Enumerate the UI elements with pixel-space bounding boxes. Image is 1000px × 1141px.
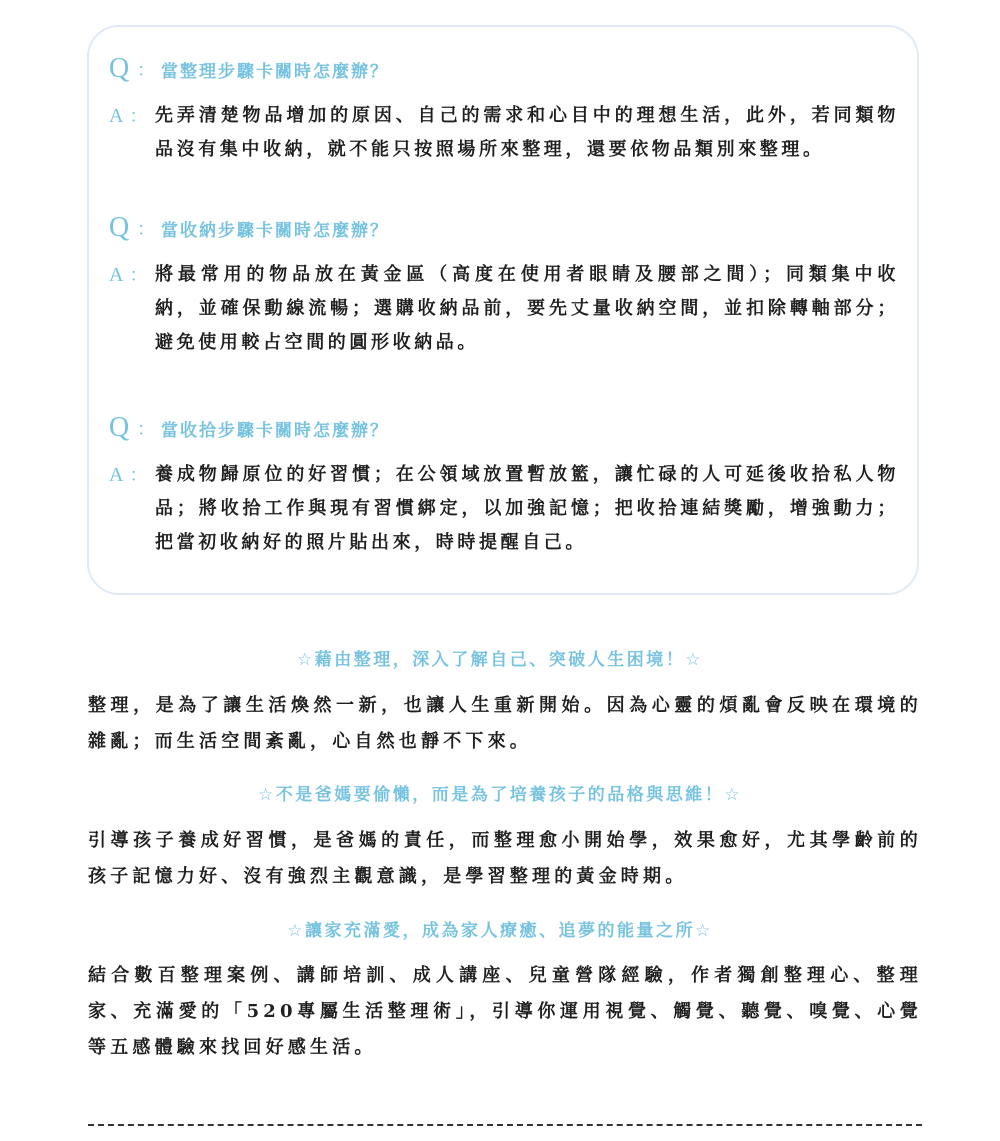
section-heading: ☆讓家充滿愛，成為家人療癒、追夢的能量之所☆: [0, 916, 1000, 941]
question-text: 當收拾步驟卡關時怎麼辦？: [161, 416, 389, 441]
question-colon: ：: [137, 415, 155, 441]
faq-item: Q ： 當收納步驟卡關時怎麼辦？ A ： 將最常用的物品放在黃金區（高度在使用者…: [109, 210, 899, 360]
faq-box: Q ： 當整理步驟卡關時怎麼辦？ A ： 先弄清楚物品增加的原因、自己的需求和心…: [87, 25, 919, 595]
answer-block: A ： 養成物歸原位的好習慣；在公領域放置暫放籃，讓忙碌的人可延後收拾私人物品；…: [109, 458, 899, 560]
answer-label: A ：: [109, 458, 155, 560]
section-heading: ☆藉由整理，深入了解自己、突破人生困境！☆: [0, 645, 1000, 670]
question-colon: ：: [137, 56, 155, 82]
answer-marker: A: [109, 99, 123, 133]
answer-text: 將最常用的物品放在黃金區（高度在使用者眼睛及腰部之間）；同類集中收納，並確保動線…: [155, 258, 899, 360]
section-heading: ☆不是爸媽要偷懶，而是為了培養孩子的品格與思維！☆: [0, 780, 1000, 805]
answer-text: 養成物歸原位的好習慣；在公領域放置暫放籃，讓忙碌的人可延後收拾私人物品；將收拾工…: [155, 458, 899, 560]
answer-marker: A: [109, 458, 123, 492]
question-line: Q ： 當收納步驟卡關時怎麼辦？: [109, 210, 899, 246]
question-text: 當整理步驟卡關時怎麼辦？: [161, 57, 389, 82]
question-line: Q ： 當收拾步驟卡關時怎麼辦？: [109, 410, 899, 446]
answer-marker: A: [109, 258, 123, 292]
answer-colon: ：: [129, 258, 147, 292]
answer-colon: ：: [129, 99, 147, 133]
answer-label: A ：: [109, 99, 155, 167]
answer-block: A ： 將最常用的物品放在黃金區（高度在使用者眼睛及腰部之間）；同類集中收納，並…: [109, 258, 899, 360]
section-paragraph: 引導孩子養成好習慣，是爸媽的責任，而整理愈小開始學，效果愈好，尤其學齡前的孩子記…: [88, 823, 922, 895]
dashed-divider: [88, 1124, 922, 1126]
section-paragraph: 結合數百整理案例、講師培訓、成人講座、兒童營隊經驗，作者獨創整理心、整理家、充滿…: [88, 958, 922, 1066]
answer-label: A ：: [109, 258, 155, 360]
answer-block: A ： 先弄清楚物品增加的原因、自己的需求和心目中的理想生活，此外，若同類物品沒…: [109, 99, 899, 167]
question-text: 當收納步驟卡關時怎麼辦？: [161, 216, 389, 241]
question-marker: Q: [109, 414, 133, 442]
question-marker: Q: [109, 214, 133, 242]
answer-text: 先弄清楚物品增加的原因、自己的需求和心目中的理想生活，此外，若同類物品沒有集中收…: [155, 99, 899, 167]
faq-item: Q ： 當收拾步驟卡關時怎麼辦？ A ： 養成物歸原位的好習慣；在公領域放置暫放…: [109, 410, 899, 560]
answer-colon: ：: [129, 458, 147, 492]
question-marker: Q: [109, 55, 133, 83]
question-line: Q ： 當整理步驟卡關時怎麼辦？: [109, 51, 899, 87]
question-colon: ：: [137, 215, 155, 241]
section-paragraph: 整理，是為了讓生活煥然一新，也讓人生重新開始。因為心靈的煩亂會反映在環境的雜亂；…: [88, 688, 922, 760]
faq-item: Q ： 當整理步驟卡關時怎麼辦？ A ： 先弄清楚物品增加的原因、自己的需求和心…: [109, 51, 899, 167]
